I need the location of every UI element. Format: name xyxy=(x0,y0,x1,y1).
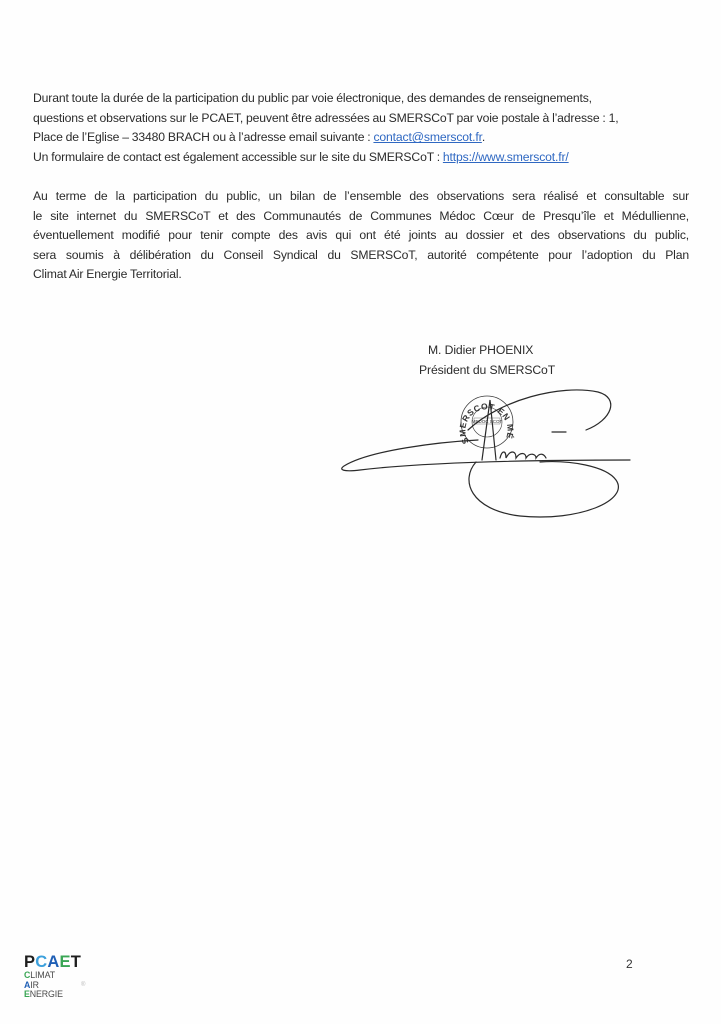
signatory-title: Président du SMERSCoT xyxy=(419,361,619,381)
logo-letter: T xyxy=(71,953,81,971)
text-line: questions et observations sur le PCAET, … xyxy=(33,109,689,129)
website-link[interactable]: https://www.smerscot.fr/ xyxy=(443,150,569,164)
logo-letter: A xyxy=(47,953,59,971)
text-segment: . xyxy=(482,130,485,144)
text-segment: Un formulaire de contact est également a… xyxy=(33,150,443,164)
text-line: le site internet du SMERSCoT et des Comm… xyxy=(33,207,689,227)
page-number: 2 xyxy=(626,957,633,971)
logo-rest: LIMAT xyxy=(30,970,55,980)
signatory-name: M. Didier PHOENIX xyxy=(419,341,619,361)
pcaet-logo: PCAET CLIMAT AIR ENERGIE ® xyxy=(24,954,104,1014)
text-line: Climat Air Energie Territorial. xyxy=(33,265,689,285)
logo-letter: E xyxy=(59,953,70,971)
logo-letter: C xyxy=(35,953,47,971)
logo-line-energie: ENERGIE xyxy=(24,990,104,1000)
contact-paragraph: Durant toute la durée de la participatio… xyxy=(33,89,689,167)
text-line: Durant toute la durée de la participatio… xyxy=(33,89,689,109)
logo-rest: IR xyxy=(30,980,39,990)
signature-block: M. Didier PHOENIX Président du SMERSCoT xyxy=(419,341,619,380)
email-link[interactable]: contact@smerscot.fr xyxy=(373,130,481,144)
document-page: Durant toute la durée de la participatio… xyxy=(0,0,721,1024)
text-line: Place de l’Eglise – 33480 BRACH ou à l’a… xyxy=(33,128,689,148)
outcome-paragraph: Au terme de la participation du public, … xyxy=(33,187,689,285)
text-line: sera soumis à délibération du Conseil Sy… xyxy=(33,246,689,266)
signature-and-stamp: SMERSCOT EN MÉDOC MEDOC SCOT xyxy=(330,380,650,530)
text-line: Un formulaire de contact est également a… xyxy=(33,148,689,168)
text-segment: Place de l’Eglise – 33480 BRACH ou à l’a… xyxy=(33,130,373,144)
logo-rest: NERGIE xyxy=(30,989,63,999)
text-line: Au terme de la participation du public, … xyxy=(33,187,689,207)
text-line: éventuellement modifié pour tenir compte… xyxy=(33,226,689,246)
logo-letter: P xyxy=(24,953,35,971)
registered-mark-icon: ® xyxy=(81,982,85,988)
logo-wordmark: PCAET xyxy=(24,954,104,971)
